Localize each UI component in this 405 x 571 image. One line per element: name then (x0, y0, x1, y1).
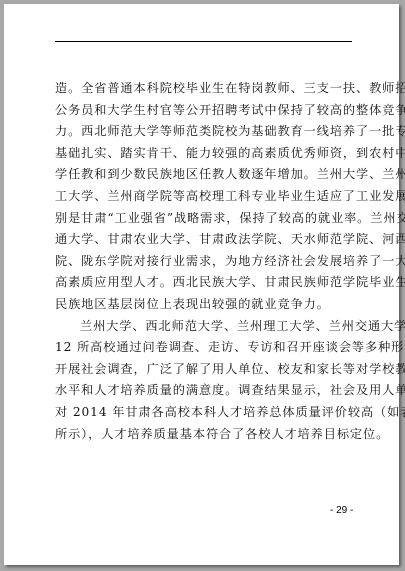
text-line: 所示），人才培养质量基本符合了各校人才培养目标定位。 (55, 424, 355, 446)
text-line: 力。西北师范大学等师范类院校为基础教育一线培养了一批专业 (55, 121, 355, 143)
text-line: 造。全省普通本科院校毕业生在特岗教师、三支一扶、教师招聘、 (55, 78, 355, 100)
page-number: - 29 - (330, 505, 353, 516)
text-line: 民族地区基层岗位上表现出较强的就业竞争力。 (55, 294, 355, 316)
text-line: 院、陇东学院对接行业需求，为地方经济社会发展培养了一大批 (55, 251, 355, 273)
paragraph-1: 造。全省普通本科院校毕业生在特岗教师、三支一扶、教师招聘、 公务员和大学生村官等… (55, 78, 355, 316)
text-line: 开展社会调查，广泛了解了用人单位、校友和家长等对学校教学 (55, 359, 355, 381)
text-line: 基础扎实、踏实肯干、能力较强的高素质优秀师资，到农村中小 (55, 143, 355, 165)
text-line: 水平和人才培养质量的满意度。调查结果显示，社会及用人单位 (55, 380, 355, 402)
text-line: 别是甘肃“工业强省”战略需求，保持了较高的就业率。兰州交 (55, 208, 355, 230)
paragraph-2: 兰州大学、西北师范大学、兰州理工大学、兰州交通大学等 12 所高校通过问卷调查、… (55, 316, 355, 446)
text-line: 兰州大学、西北师范大学、兰州理工大学、兰州交通大学等 (55, 316, 355, 338)
document-page: 造。全省普通本科院校毕业生在特岗教师、三支一扶、教师招聘、 公务员和大学生村官等… (4, 4, 399, 565)
text-line: 高素质应用型人才。西北民族大学、甘肃民族师范学院毕业生在 (55, 272, 355, 294)
text-line: 12 所高校通过问卷调查、走访、专访和召开座谈会等多种形式 (55, 337, 355, 359)
body-text: 造。全省普通本科院校毕业生在特岗教师、三支一扶、教师招聘、 公务员和大学生村官等… (55, 78, 355, 445)
header-rule (55, 41, 352, 42)
text-line: 通大学、甘肃农业大学、甘肃政法学院、天水师范学院、河西学 (55, 229, 355, 251)
text-line: 学任教和到少数民族地区任教人数逐年增加。兰州大学、兰州理 (55, 164, 355, 186)
text-line: 公务员和大学生村官等公开招聘考试中保持了较高的整体竞争 (55, 100, 355, 122)
text-line: 工大学、兰州商学院等高校理工科专业毕业生适应了工业发展特 (55, 186, 355, 208)
text-line: 对 2014 年甘肃各高校本科人才培养总体质量评价较高（如表 10 (55, 402, 355, 424)
